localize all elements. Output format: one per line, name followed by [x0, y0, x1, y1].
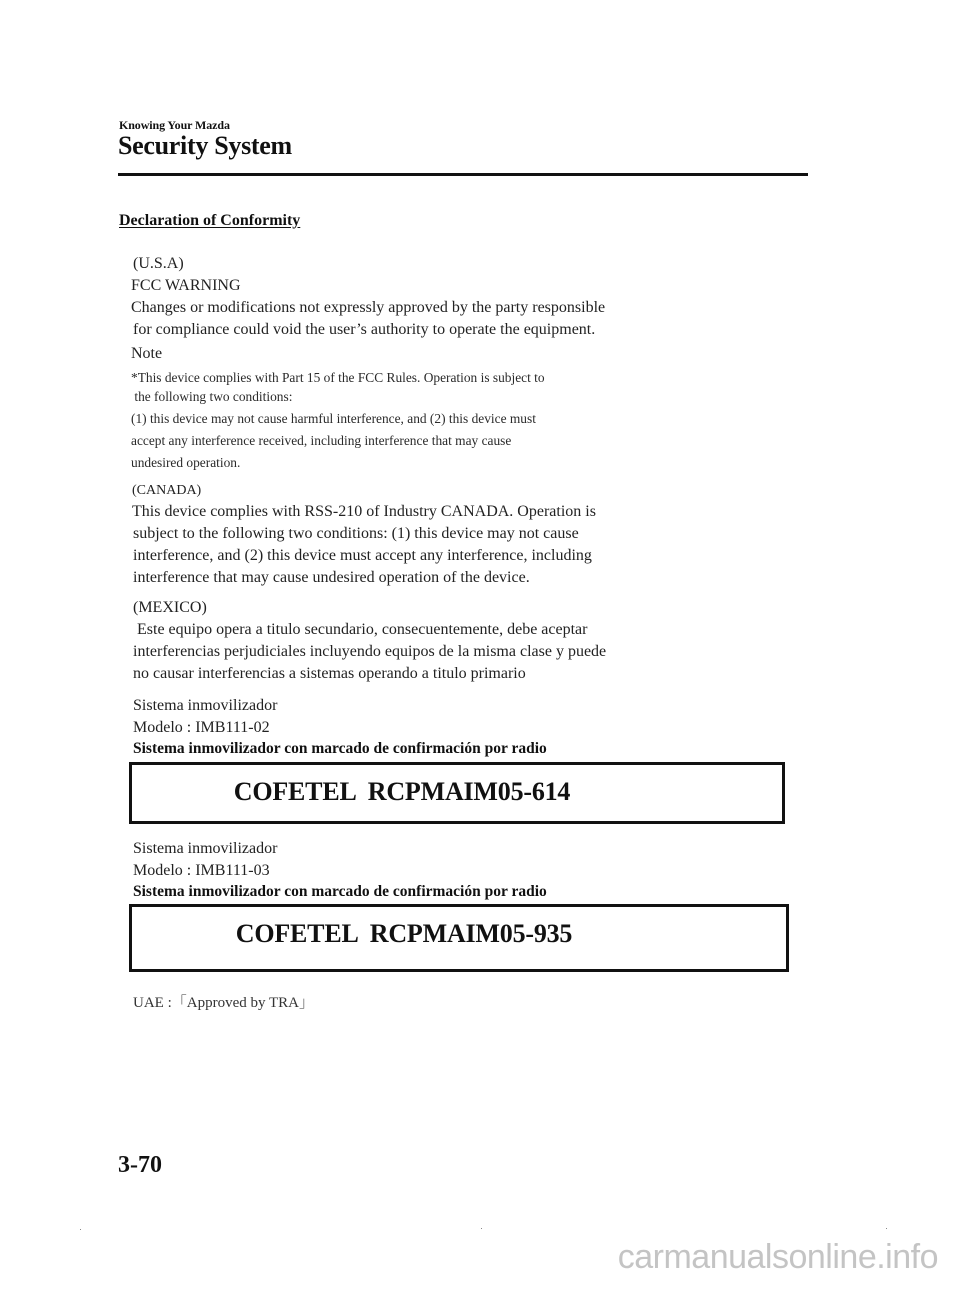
note-line: undesired operation. [131, 452, 605, 474]
cofetel-code: COFETEL RCPMAIM05-614 [132, 777, 782, 807]
fcc-warning-title: FCC WARNING [131, 275, 605, 297]
section-title: Declaration of Conformity [119, 212, 300, 230]
model-system: Sistema inmovilizador [133, 695, 547, 717]
page-number: 3-70 [118, 1152, 162, 1179]
canada-line: subject to the following two conditions:… [133, 523, 596, 545]
mexico-section: (MEXICO) Este equipo opera a titulo secu… [133, 597, 606, 685]
uae-approval: UAE :「Approved by TRA」 [133, 992, 314, 1014]
note-line: accept any interference received, includ… [131, 430, 605, 452]
scan-mark [886, 1228, 887, 1229]
mexico-line: interferencias perjudiciales incluyendo … [133, 641, 606, 663]
canada-region-label: (CANADA) [132, 481, 596, 501]
usa-section: (U.S.A) FCC WARNING Changes or modificat… [133, 253, 605, 474]
model-entry-1: Sistema inmovilizador Modelo : IMB111-02… [133, 695, 547, 759]
model-number: Modelo : IMB111-03 [133, 860, 547, 882]
scan-mark [80, 1229, 81, 1230]
canada-section: (CANADA) This device complies with RSS-2… [133, 481, 596, 589]
canada-line: interference that may cause undesired op… [133, 567, 596, 589]
model-description: Sistema inmovilizador con marcado de con… [133, 739, 547, 759]
cofetel-code: COFETEL RCPMAIM05-935 [132, 919, 786, 949]
cofetel-box-1: COFETEL RCPMAIM05-614 [129, 762, 785, 824]
model-description: Sistema inmovilizador con marcado de con… [133, 882, 547, 902]
note-label: Note [131, 343, 605, 365]
mexico-line: Este equipo opera a titulo secundario, c… [133, 619, 606, 641]
model-number: Modelo : IMB111-02 [133, 717, 547, 739]
note-line: the following two conditions: [131, 386, 605, 408]
mexico-line: no causar interferencias a sistemas oper… [133, 663, 606, 685]
page-title: Security System [118, 131, 292, 161]
header-divider [118, 173, 808, 176]
watermark: carmanualsonline.info [618, 1238, 938, 1277]
model-entry-2: Sistema inmovilizador Modelo : IMB111-03… [133, 838, 547, 902]
cofetel-box-2: COFETEL RCPMAIM05-935 [129, 904, 789, 972]
mexico-region-label: (MEXICO) [133, 597, 606, 619]
model-system: Sistema inmovilizador [133, 838, 547, 860]
scan-mark [481, 1228, 482, 1229]
note-line: (1) this device may not cause harmful in… [131, 408, 605, 430]
canada-line: interference, and (2) this device must a… [133, 545, 596, 567]
usa-region-label: (U.S.A) [133, 253, 605, 275]
canada-line: This device complies with RSS-210 of Ind… [132, 501, 596, 523]
fcc-warning-line: Changes or modifications not expressly a… [131, 297, 605, 319]
fcc-warning-line: for compliance could void the user’s aut… [133, 319, 605, 341]
